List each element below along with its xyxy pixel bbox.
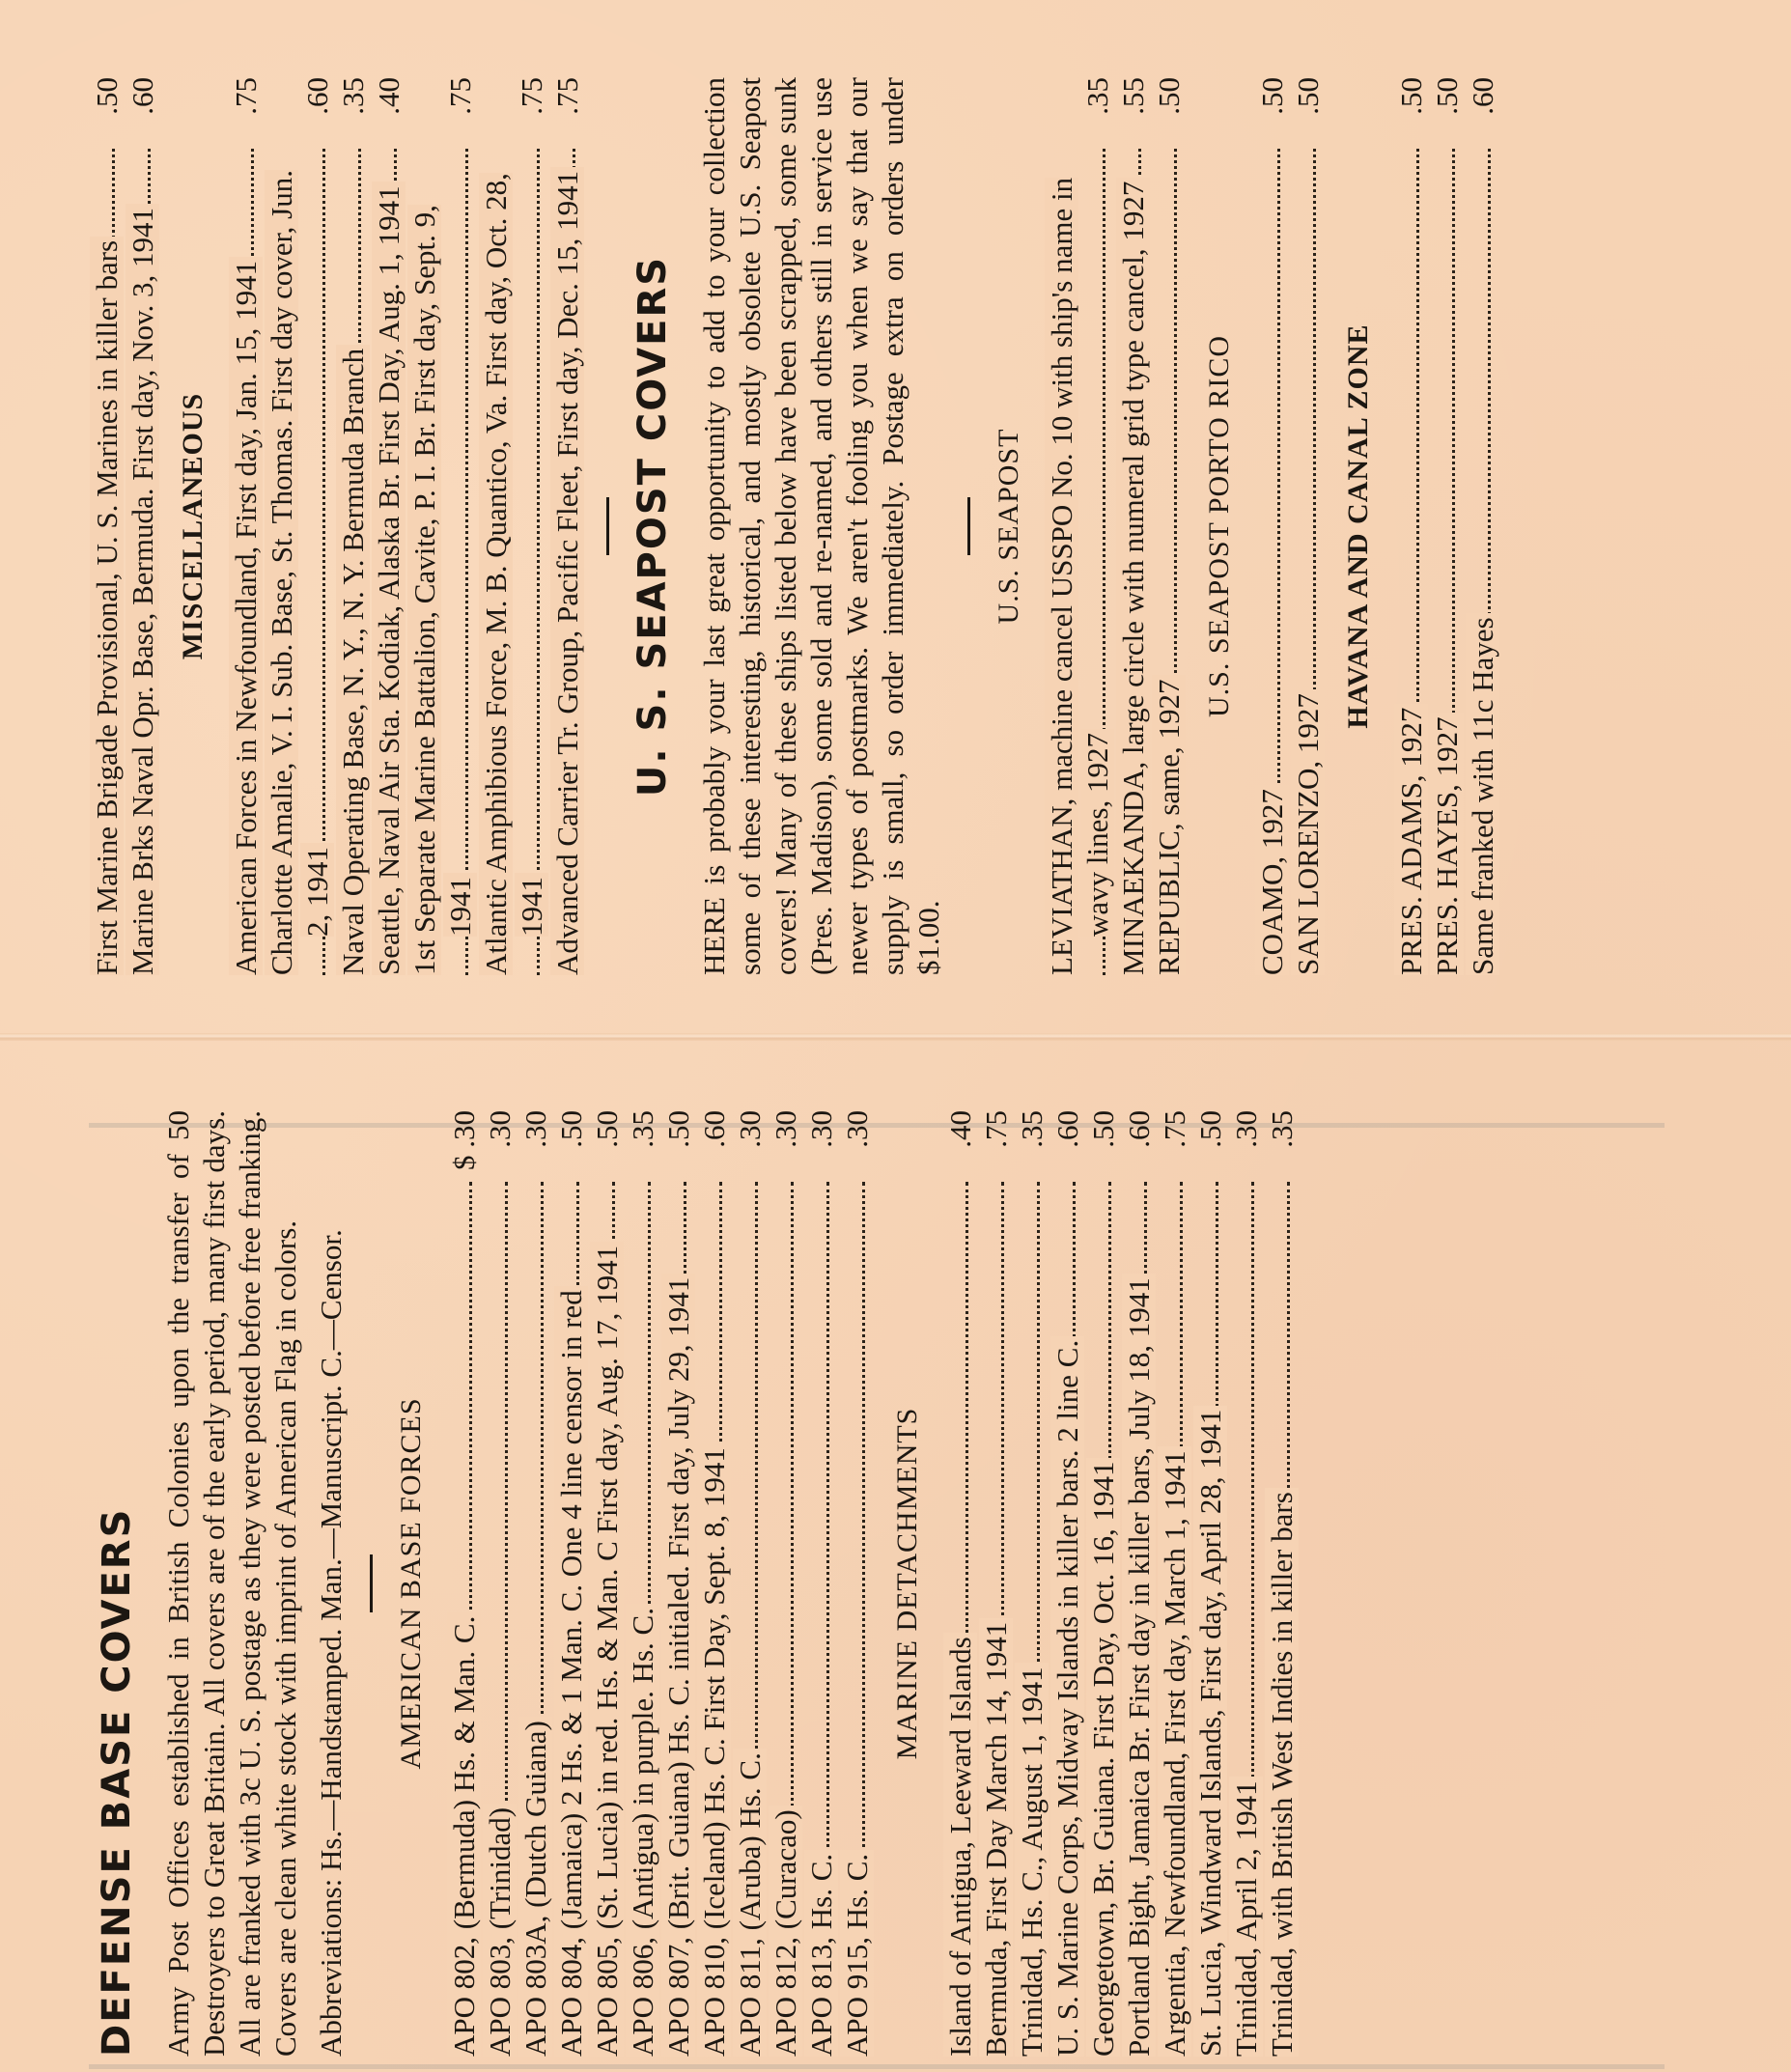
price-list-item: Atlantic Amphibious Force, M. B. Quantic… [478,77,549,975]
item-description: Naval Operating Base, N. Y., N. Y. Bermu… [336,345,370,975]
price-list-item: Bermuda, First Day March 14, 1941.75 [978,1110,1014,2057]
marine-detachments-list: Island of Antigua, Leeward Islands.40Ber… [942,1110,1300,2057]
section-heading-seapost-covers: U. S. SEAPOST COVERS [630,77,675,975]
item-description: APO 803, (Trinidad) [483,1804,517,2057]
price-list-item: Seattle, Naval Air Sta. Kodiak, Alaska B… [371,77,406,975]
item-description: APO 811, (Aruba) Hs. C. [733,1749,767,2057]
item-description: APO 807, (Brit. Guiana) Hs. C. initialed… [661,1274,695,2057]
item-price: .75 [442,77,478,139]
divider [606,497,609,555]
item-price: .60 [299,77,335,139]
item-price: $ .30 [446,1110,482,1172]
item-price: .35 [1079,77,1115,139]
section-heading-marine-detachments: MARINE DETACHMENTS [890,1110,925,2057]
price-list-item: Island of Antigua, Leeward Islands.40 [942,1110,978,2057]
item-price: .75 [549,77,585,139]
price-list-item: Same franked with 11c Hayes.60 [1465,77,1500,975]
item-description: Advanced Carrier Tr. Group, Pacific Flee… [550,167,584,975]
american-base-forces-list: APO 802, (Bermuda) Hs. & Man. C.$ .30APO… [446,1110,875,2057]
section-heading-miscellaneous: MISCELLANEOUS [176,77,210,975]
price-list-item: Argentia, Newfoundland, First day, March… [1157,1110,1192,2057]
price-list-item: First Marine Brigade Provisional, U. S. … [89,77,125,975]
item-description: Portland Bight, Jamaica Br. First day in… [1122,1274,1156,2057]
item-price: .30 [803,1110,839,1172]
item-description: APO 812, (Curacao) [769,1806,802,2057]
item-price: .60 [125,77,160,139]
price-list-item: Marine Brks Naval Opr. Base, Bermuda. Fi… [125,77,160,975]
item-description: SAN LORENZO, 1927 [1291,689,1325,975]
price-list-item: COAMO, 1927.50 [1254,77,1290,975]
item-price: .35 [335,77,371,139]
item-description: APO 805, (St. Lucia) in red. Hs. & Man. … [590,1242,624,2057]
item-price: .30 [768,1110,803,1172]
price-list-item: SAN LORENZO, 1927.50 [1290,77,1326,975]
item-description: St. Lucia, Windward Islands, First day, … [1193,1406,1227,2057]
continued-entries: First Marine Brigade Provisional, U. S. … [89,77,160,975]
item-price: .50 [589,1110,625,1172]
price-list-item: Naval Operating Base, N. Y., N. Y. Bermu… [335,77,371,975]
price-list-item: REPUBLIC, same, 1927.50 [1151,77,1187,975]
item-price: .40 [942,1110,978,1172]
item-price: .60 [1121,1110,1157,1172]
item-description: APO 806, (Antigua) in purple. Hs. C. [626,1604,659,2057]
price-list-item: U. S. Marine Corps, Midway Islands in ki… [1049,1110,1085,2057]
section-heading-porto-rico: U.S. SEAPOST PORTO RICO [1202,77,1237,975]
item-description: Georgetown, Br. Guiana. First Day, Oct. … [1086,1458,1120,2057]
price-list-item: APO 807, (Brit. Guiana) Hs. C. initialed… [660,1110,696,2057]
divider [370,1554,373,1612]
item-description: Atlantic Amphibious Force, M. B. Quantic… [479,173,548,975]
item-price: .50 [1254,77,1290,139]
us-seapost-list: LEVIATHAN, machine cancel USSPO No. 10 w… [1044,77,1187,975]
item-description: Seattle, Naval Air Sta. Kodiak, Alaska B… [372,182,406,975]
defense-base-intro-paragraph: Army Post Offices established in British… [160,1110,303,2057]
item-price: .60 [696,1110,732,1172]
item-description: Island of Antigua, Leeward Islands [943,1633,977,2057]
section-heading-defense-base-covers: DEFENSE BASE COVERS [95,1110,139,2057]
item-price: .75 [1157,1110,1192,1172]
section-heading-american-base-forces: AMERICAN BASE FORCES [394,1110,429,2057]
price-list-item: APO 813, Hs. C..30 [803,1110,839,2057]
item-description: Marine Brks Naval Opr. Base, Bermuda. Fi… [126,204,159,975]
item-price: .50 [1151,77,1187,139]
item-price: .30 [482,1110,518,1172]
price-list-item: PRES. HAYES, 1927.50 [1429,77,1465,975]
item-description: APO 813, Hs. C. [804,1850,838,2057]
seapost-intro-paragraph: HERE is probably your last great opportu… [696,77,946,975]
brochure-page-right: First Marine Brigade Provisional, U. S. … [89,77,1500,975]
price-list-item: Georgetown, Br. Guiana. First Day, Oct. … [1085,1110,1121,2057]
section-heading-us-seapost: U.S. SEAPOST [992,77,1026,975]
item-price: .40 [371,77,406,139]
abbreviations-note: Abbreviations: Hs.—Handstamped. Man.—Man… [313,1110,349,2057]
miscellaneous-list: American Forces in Newfoundland, First d… [228,77,585,975]
item-price: .50 [1429,77,1465,139]
item-description: Charlotte Amalie, V. I. Sub. Base, St. T… [265,170,334,975]
price-list-item: APO 811, (Aruba) Hs. C..30 [732,1110,768,2057]
item-price: .50 [1290,77,1326,139]
divider [967,497,970,555]
item-price: .50 [553,1110,589,1172]
item-price: .60 [1465,77,1500,139]
price-list-item: PRES. ADAMS, 1927.50 [1393,77,1429,975]
item-price: .50 [1085,1110,1121,1172]
item-description: Trinidad, Hs. C., August 1, 1941 [1015,1663,1049,2057]
item-description: Trinidad, April 2, 1941 [1229,1777,1263,2057]
brochure-page-left: DEFENSE BASE COVERS Army Post Offices es… [89,1110,1300,2057]
price-list-item: APO 803A, (Dutch Guiana).30 [518,1110,553,2057]
item-description: First Marine Brigade Provisional, U. S. … [90,237,124,975]
price-list-item: LEVIATHAN, machine cancel USSPO No. 10 w… [1044,77,1115,975]
item-description: American Forces in Newfoundland, First d… [229,257,263,975]
item-description: Trinidad, with British West Indies in ki… [1265,1488,1299,2057]
item-description: PRES. ADAMS, 1927 [1394,704,1428,975]
price-list-item: Trinidad, with British West Indies in ki… [1264,1110,1300,2057]
section-heading-havana-canal-zone: HAVANA AND CANAL ZONE [1341,77,1376,975]
item-price: .50 [660,1110,696,1172]
item-price: .60 [1049,1110,1085,1172]
item-price: .35 [1264,1110,1300,1172]
price-list-item: Trinidad, Hs. C., August 1, 1941.35 [1014,1110,1049,2057]
price-list-item: APO 915, Hs. C..30 [839,1110,875,2057]
item-description: REPUBLIC, same, 1927 [1152,675,1186,975]
item-description: APO 804, (Jamaica) 2 Hs. & 1 Man. C. One… [554,1286,588,2057]
price-list-item: APO 802, (Bermuda) Hs. & Man. C.$ .30 [446,1110,482,2057]
price-list-item: Trinidad, April 2, 1941.30 [1228,1110,1264,2057]
item-price: .50 [1192,1110,1228,1172]
item-price: .50 [1393,77,1429,139]
price-list-item: APO 803, (Trinidad).30 [482,1110,518,2057]
price-list-item: MINAEKANDA, large circle with numeral gr… [1115,77,1151,975]
price-list-item: Advanced Carrier Tr. Group, Pacific Flee… [549,77,585,975]
item-price: .35 [1014,1110,1049,1172]
item-description: Bermuda, First Day March 14, 1941 [979,1618,1013,2057]
item-description: Argentia, Newfoundland, First day, March… [1158,1446,1191,2057]
item-price: .50 [89,77,125,139]
price-list-item: APO 810, (Iceland) Hs. C. First Day, Sep… [696,1110,732,2057]
item-description: APO 810, (Iceland) Hs. C. First Day, Sep… [697,1443,731,2057]
page-fold [0,1033,1791,1041]
price-list-item: APO 805, (St. Lucia) in red. Hs. & Man. … [589,1110,625,2057]
item-price: .75 [514,77,549,139]
item-price: .75 [978,1110,1014,1172]
item-description: MINAEKANDA, large circle with numeral gr… [1116,178,1150,975]
item-description: U. S. Marine Corps, Midway Islands in ki… [1050,1336,1084,2057]
item-description: PRES. HAYES, 1927 [1430,713,1464,975]
item-price: .30 [518,1110,553,1172]
item-price: .35 [625,1110,660,1172]
item-description: Same franked with 11c Hayes [1466,613,1499,975]
havana-canal-list: PRES. ADAMS, 1927.50PRES. HAYES, 1927.50… [1393,77,1500,975]
price-list-item: Charlotte Amalie, V. I. Sub. Base, St. T… [264,77,335,975]
item-description: COAMO, 1927 [1255,785,1289,975]
price-list-item: American Forces in Newfoundland, First d… [228,77,264,975]
item-description: APO 803A, (Dutch Guiana) [518,1717,552,2057]
item-price: .30 [839,1110,875,1172]
item-price: .30 [732,1110,768,1172]
price-list-item: St. Lucia, Windward Islands, First day, … [1192,1110,1228,2057]
item-description: APO 915, Hs. C. [840,1850,874,2057]
item-description: LEVIATHAN, machine cancel USSPO No. 10 w… [1045,178,1114,975]
porto-rico-list: COAMO, 1927.50SAN LORENZO, 1927.50 [1254,77,1326,975]
item-description: 1st Separate Marine Battalion, Cavite, P… [407,205,477,975]
item-price: .75 [228,77,264,139]
item-price: .30 [1228,1110,1264,1172]
price-list-item: APO 812, (Curacao).30 [768,1110,803,2057]
price-list-item: APO 804, (Jamaica) 2 Hs. & 1 Man. C. One… [553,1110,589,2057]
price-list-item: APO 806, (Antigua) in purple. Hs. C..35 [625,1110,660,2057]
item-price: .55 [1115,77,1151,139]
price-list-item: 1st Separate Marine Battalion, Cavite, P… [406,77,478,975]
price-list-item: Portland Bight, Jamaica Br. First day in… [1121,1110,1157,2057]
item-description: APO 802, (Bermuda) Hs. & Man. C. [447,1612,481,2057]
